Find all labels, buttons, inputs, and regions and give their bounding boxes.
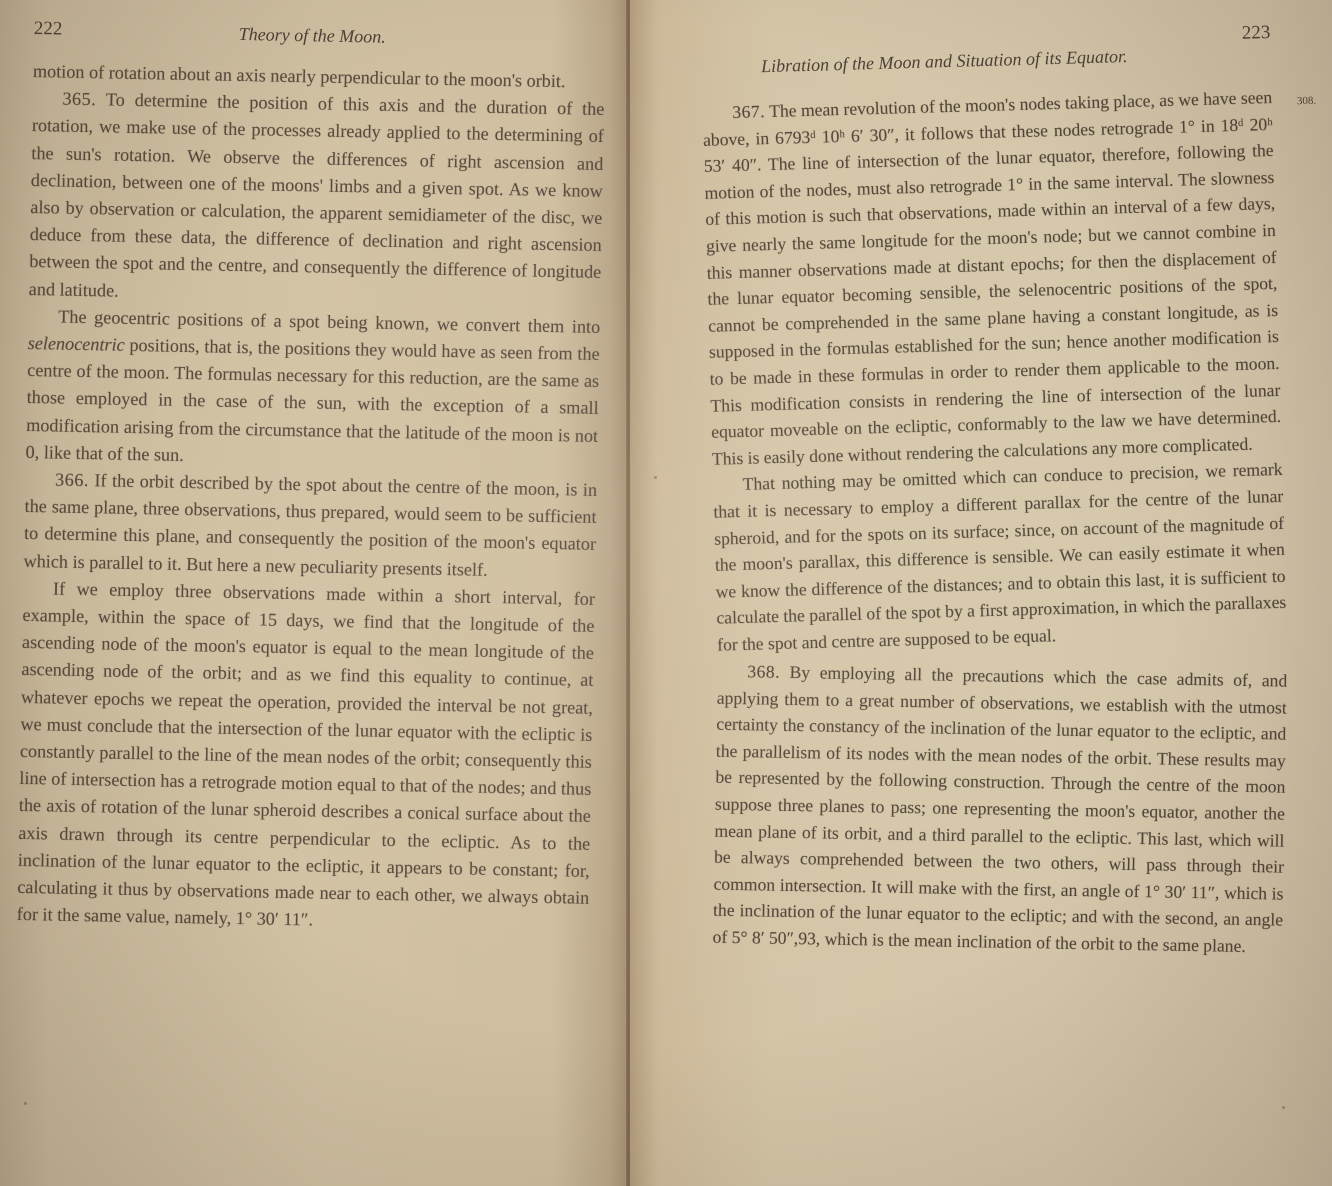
paragraph-selenocentric: The geocentric positions of a spot being… <box>25 303 600 477</box>
paragraph-text: To determine the position of this axis a… <box>29 89 605 300</box>
section-number-366: 366. <box>55 470 89 491</box>
section-number-367: 367. <box>732 101 765 122</box>
paragraph-text: The mean revolution of the moon's nodes … <box>703 87 1282 468</box>
paragraph-367: 367. The mean revolution of the moon's n… <box>702 84 1282 472</box>
right-page-lower-block: 368. By employing all the precautions wh… <box>712 658 1287 960</box>
page-number-left: 222 <box>34 18 63 41</box>
italic-term-selenocentric: selenocentric <box>28 333 125 355</box>
running-head-title-left: Theory of the Moon. <box>239 24 386 48</box>
paragraph-368: 368. By employing all the precautions wh… <box>712 658 1287 960</box>
paragraph-text: By employing all the precautions which t… <box>713 662 1288 956</box>
margin-reference-number: 308. <box>1297 95 1317 108</box>
section-number-365: 365. <box>62 89 96 110</box>
paper-speck <box>654 476 657 479</box>
left-page: 222 Theory of the Moon. motion of rotati… <box>0 0 628 1186</box>
paragraph-text: If we employ three observations made wit… <box>17 578 596 929</box>
paragraph-366: 366. If the orbit described by the spot … <box>23 466 597 586</box>
section-number-368: 368. <box>747 662 780 683</box>
paragraph-parallax: That nothing may be omitted which can co… <box>712 456 1287 658</box>
left-page-content: 222 Theory of the Moon. motion of rotati… <box>17 18 606 939</box>
paragraph-365: 365. To determine the position of this a… <box>29 85 605 314</box>
open-book-spread: 222 Theory of the Moon. motion of rotati… <box>0 0 1332 1186</box>
page-number-right: 223 <box>1242 22 1271 45</box>
right-page-content: Libration of the Moon and Situation of i… <box>700 22 1295 951</box>
paper-speck <box>24 1102 27 1105</box>
paragraph-text: That nothing may be omitted which can co… <box>713 459 1286 654</box>
paper-speck <box>1282 1106 1285 1109</box>
paragraph-three-observations: If we employ three observations made wit… <box>17 575 596 940</box>
running-head-title-right: Libration of the Moon and Situation of i… <box>761 46 1128 77</box>
paragraph-text: If the orbit described by the spot about… <box>23 470 597 579</box>
